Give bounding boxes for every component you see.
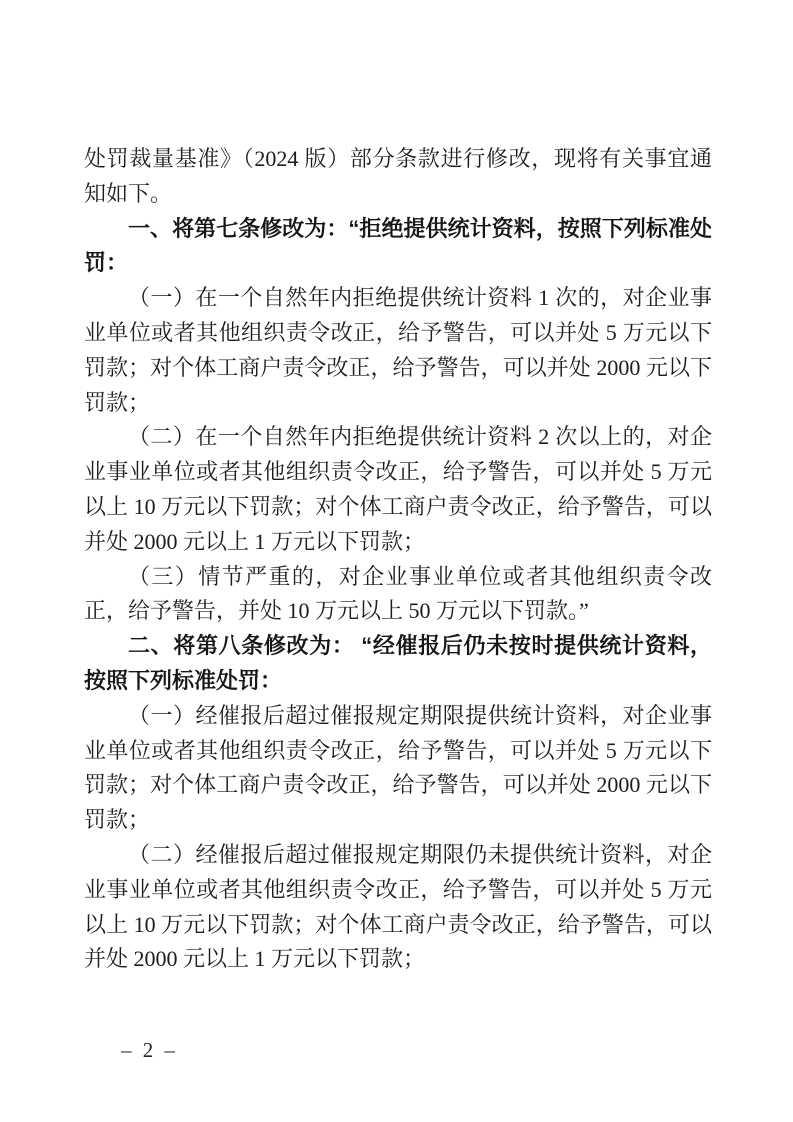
paragraph-article8-item-2: （二）经催报后超过催报规定期限仍未提供统计资料，对企业事业单位或者其他组织责令改… [84, 838, 712, 977]
paragraph-article7-item-1: （一）在一个自然年内拒绝提供统计资料 1 次的，对企业事业单位或者其他组织责令改… [84, 281, 712, 420]
document-page: 处罚裁量基准》（2024 版）部分条款进行修改，现将有关事宜通知如下。 一、将第… [0, 0, 793, 1122]
paragraph-intro-continuation: 处罚裁量基准》（2024 版）部分条款进行修改，现将有关事宜通知如下。 [84, 142, 712, 212]
paragraph-article8-item-1: （一）经催报后超过催报规定期限提供统计资料，对企业事业单位或者其他组织责令改正，… [84, 699, 712, 838]
section-heading-article-7: 一、将第七条修改为：“拒绝提供统计资料，按照下列标准处罚： [84, 212, 712, 282]
document-body: 处罚裁量基准》（2024 版）部分条款进行修改，现将有关事宜通知如下。 一、将第… [84, 142, 712, 977]
section-heading-article-8: 二、将第八条修改为： “经催报后仍未按时提供统计资料，按照下列标准处罚： [84, 629, 712, 699]
paragraph-article7-item-2: （二）在一个自然年内拒绝提供统计资料 2 次以上的，对企业事业单位或者其他组织责… [84, 420, 712, 559]
page-number: – 2 – [121, 1038, 178, 1063]
paragraph-article7-item-3: （三）情节严重的，对企业事业单位或者其他组织责令改正，给予警告，并处 10 万元… [84, 560, 712, 630]
